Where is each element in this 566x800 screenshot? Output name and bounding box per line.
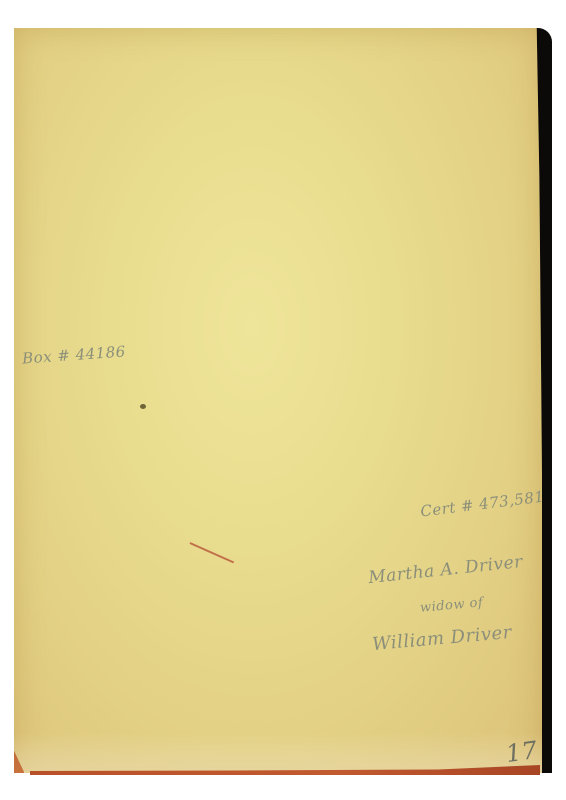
ink-spot bbox=[140, 404, 146, 409]
folder-cover bbox=[14, 28, 542, 773]
page-number: 17 bbox=[504, 736, 539, 768]
